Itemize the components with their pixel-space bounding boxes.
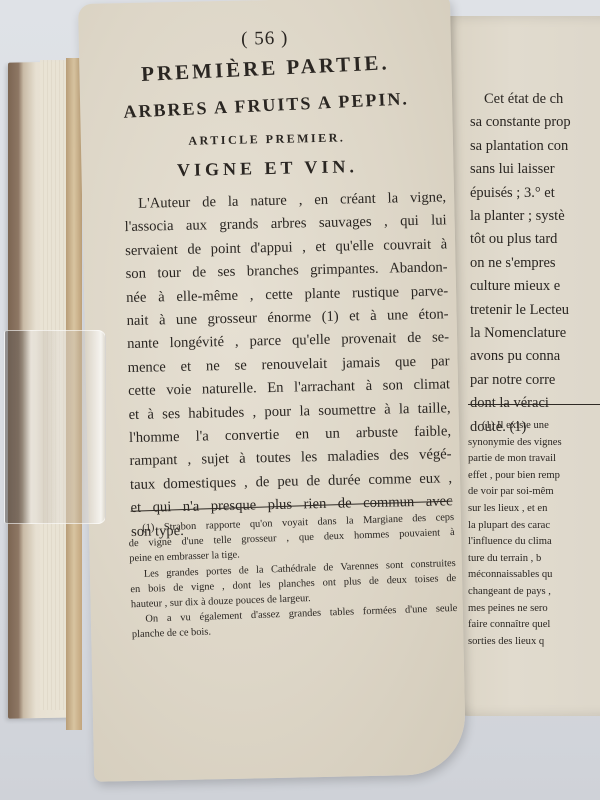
text-line: tôt ou plus tard bbox=[470, 228, 600, 251]
text-line: avons pu conna bbox=[470, 345, 600, 368]
footnote-line: de voir par soi-mêm bbox=[468, 484, 600, 501]
acrylic-page-clip bbox=[4, 330, 106, 524]
footnote-line: sur les lieux , et en bbox=[468, 501, 600, 518]
footnote-line: méconnaissables qu bbox=[468, 567, 600, 584]
footnote-line: effet , pour bien remp bbox=[468, 468, 600, 485]
footnote-line: changeant de pays , bbox=[468, 584, 600, 601]
article-title: ARTICLE PREMIER. bbox=[81, 128, 453, 151]
footnote-line: (1) Il existe une bbox=[468, 418, 600, 435]
footnote-rule bbox=[468, 404, 600, 405]
footnote-line: ture du terrain , b bbox=[468, 551, 600, 568]
footnote-line: partie de mon travail bbox=[468, 451, 600, 468]
text-line: Cet état de ch bbox=[470, 88, 600, 111]
text-line: tretenir le Lecteu bbox=[470, 299, 600, 322]
text-line: sa plantation con bbox=[470, 135, 600, 158]
text-line: culture mieux e bbox=[470, 275, 600, 298]
footnote-line: la plupart des carac bbox=[468, 518, 600, 535]
text-line: sans lui laisser bbox=[470, 158, 600, 181]
right-page-body: Cet état de ch sa constante prop sa plan… bbox=[470, 88, 600, 439]
part-title: PREMIÈRE PARTIE. bbox=[79, 47, 452, 89]
section-title: ARBRES A FRUITS A PEPIN. bbox=[80, 86, 453, 125]
text-line: sa constante prop bbox=[470, 111, 600, 134]
footnote-line: sorties des lieux q bbox=[468, 634, 600, 651]
footnotes: (1) Strabon rapporte qu'on voyait dans l… bbox=[128, 510, 458, 643]
text-line: on ne s'empres bbox=[470, 252, 600, 275]
footnote-line: faire connaître quel bbox=[468, 617, 600, 634]
right-page: Cet état de ch sa constante prop sa plan… bbox=[440, 16, 600, 716]
left-page-content: ( 56 ) PREMIÈRE PARTIE. ARBRES A FRUITS … bbox=[78, 0, 466, 782]
footnote-line: mes peines ne sero bbox=[468, 601, 600, 618]
right-page-footnotes: (1) Il existe une synonymie des vignes p… bbox=[468, 418, 600, 650]
text-line: par notre corre bbox=[470, 369, 600, 392]
left-page: ( 56 ) PREMIÈRE PARTIE. ARBRES A FRUITS … bbox=[78, 0, 466, 782]
footnote-line: synonymie des vignes bbox=[468, 435, 600, 452]
footnote-line: l'influence du clima bbox=[468, 534, 600, 551]
chapter-title: VIGNE ET VIN. bbox=[81, 154, 453, 183]
text-line: la planter ; systè bbox=[470, 205, 600, 228]
body-text: L'Auteur de la nature , en créant la vig… bbox=[124, 186, 453, 544]
text-line: épuisés ; 3.° et bbox=[470, 182, 600, 205]
text-line: la Nomenclature bbox=[470, 322, 600, 345]
